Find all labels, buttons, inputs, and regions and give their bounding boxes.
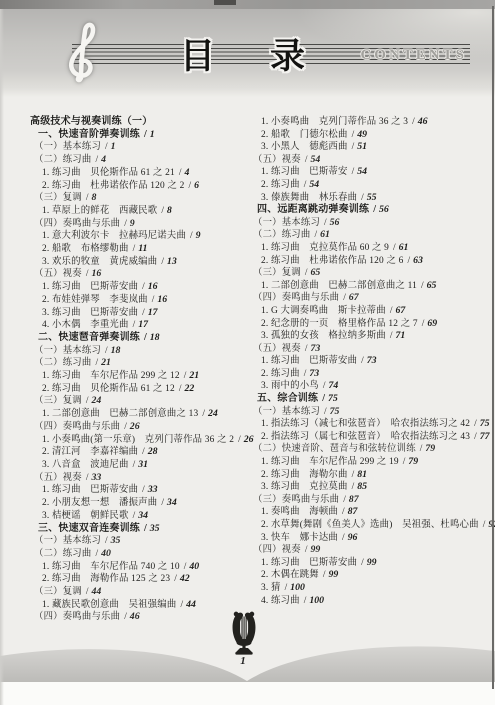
toc-entry: （四）奏鸣曲与乐曲/26: [30, 421, 258, 434]
toc-entry: 3. 快车 娜卡达曲/96: [249, 532, 489, 545]
toc-entry: 2. 练习曲 海勒作品 125 之 23/42: [30, 573, 258, 586]
toc-entry: （四）奏鸣曲与乐曲/46: [30, 611, 258, 624]
toc-entry: （五）视奏/33: [30, 472, 258, 485]
toc-entry: 2. 练习曲/54: [249, 179, 489, 192]
toc-entry: （四）奏鸣曲与乐曲/67: [249, 292, 489, 305]
toc-entry: 1. 练习曲 巴斯蒂安曲/99: [249, 557, 489, 570]
toc-entry: 2. 船歌 布格缪勒曲/11: [30, 243, 258, 256]
toc-entry: 1. 练习曲 车尔尼作品 299 之 19/79: [249, 456, 489, 469]
toc-entry: （一）基本练习/18: [30, 345, 258, 358]
page-edge-line: [492, 6, 494, 689]
toc-entry: 3. 练习曲 巴斯蒂安曲/17: [30, 307, 258, 320]
toc-entry: 3. 练习曲 克拉莫曲/85: [249, 481, 489, 494]
toc-entry: 2. 水草舞(舞剧《鱼美人》选曲) 吴祖强、杜鸣心曲/92: [249, 519, 489, 532]
toc-entry: 2. 木偶在跳舞/99: [249, 569, 489, 582]
toc-entry: 1. 练习曲 巴斯蒂安曲/73: [249, 355, 489, 368]
toc-entry: 1. 藏族民歌创意曲 吴祖强编曲/44: [30, 599, 258, 612]
toc-entry: 2. 练习曲 贝伦斯作品 61 之 12/22: [30, 383, 258, 396]
toc-entry: （一）基本练习/56: [249, 217, 489, 230]
toc-entry: （三）复调/8: [30, 192, 258, 205]
toc-entry: 1. 练习曲 巴斯蒂安曲/33: [30, 484, 258, 497]
toc-entry: 1. 指法练习（减七和弦琶音） 哈农指法练习之 42/75: [249, 418, 489, 431]
toc-entry: 1. 意大利波尔卡 拉赫玛尼诺夫曲/9: [30, 230, 258, 243]
toc-entry: （四）视奏/99: [249, 544, 489, 557]
toc-entry: （五）视奏/73: [249, 343, 489, 356]
toc-entry: 1. 二部创意曲 巴赫二部创意曲之 11/65: [249, 280, 489, 293]
toc-entry: 4. 练习曲/100: [249, 595, 489, 608]
toc-entry: 2. 指法练习（属七和弦琶音） 哈农指法练习之 43/77: [249, 431, 489, 444]
page-number: 1: [0, 655, 486, 667]
toc-entry: 四、远距离跳动弹奏训练/56: [249, 204, 489, 217]
toc-entry: 1. 练习曲 车尔尼作品 740 之 10/40: [30, 561, 258, 574]
toc-entry: 高级技术与视奏训练（一）: [30, 116, 258, 129]
toc-entry: 2. 练习曲 杜弗诺依作品 120 之 2/6: [30, 180, 258, 193]
scan-artifact: [214, 0, 236, 5]
toc-entry: 2. 练习曲 杜弗诺依作品 120 之 6/63: [249, 255, 489, 268]
toc-entry: （二）练习曲/21: [30, 357, 258, 370]
toc-entry: 1. 草原上的鲜花 西藏民歌/8: [30, 205, 258, 218]
toc-entry: （二）快速音阶、琶音与和弦转位训练/79: [249, 443, 489, 456]
toc-entry: 2. 小朋友想一想 潘振声曲/34: [30, 497, 258, 510]
toc-entry: 1. 练习曲 车尔尼作品 299 之 12/21: [30, 370, 258, 383]
toc-entry: （二）练习曲/40: [30, 548, 258, 561]
toc-entry: 2. 纪念册的一页 格里格作品 12 之 7/69: [249, 318, 489, 331]
toc-entry: 3. 欢乐的牧童 黄虎威编曲/13: [30, 256, 258, 269]
toc-entry: 1. 练习曲 巴斯蒂安曲/16: [30, 281, 258, 294]
toc-entry: 3. 小黑人 德彪西曲/51: [249, 141, 489, 154]
toc-entry: 3. 傣族舞曲 林乐春曲/55: [249, 192, 489, 205]
toc-entry: （三）奏鸣曲与乐曲/87: [249, 494, 489, 507]
scan-left-edge: [0, 9, 4, 705]
toc-entry: 二、快速琶音弹奏训练/18: [30, 332, 258, 345]
toc-entry: 1. G 大调奏鸣曲 斯卡拉蒂曲/67: [249, 305, 489, 318]
toc-entry: （三）复调/65: [249, 267, 489, 280]
toc-entry: 1. 练习曲 巴斯蒂安/54: [249, 166, 489, 179]
toc-entry: 1. 练习曲 贝伦斯作品 61 之 21/4: [30, 167, 258, 180]
toc-entry: 五、综合训练/75: [249, 393, 489, 406]
toc-entry: 2. 清江河 李嘉祥编曲/28: [30, 446, 258, 459]
toc-entry: 1. 奏鸣曲 海顿曲/87: [249, 506, 489, 519]
toc-entry: （五）视奏/54: [249, 154, 489, 167]
toc-entry: （一）基本练习/1: [30, 141, 258, 154]
toc-entry: 3. 孤独的女孩 格拉纳多斯曲/71: [249, 330, 489, 343]
toc-column-right: 1. 小奏鸣曲 克列门蒂作品 36 之 3/462. 船歌 门德尔松曲/493.…: [249, 116, 489, 607]
toc-entry: 1. 练习曲 克拉莫作品 60 之 9/61: [249, 242, 489, 255]
scanned-book-page: 目 录 CONTENTS 高级技术与视奏训练（一）一、快速音阶弹奏训练/1（一）…: [0, 0, 495, 705]
toc-entry: 3. 八音盒 波迪尼曲/31: [30, 459, 258, 472]
toc-entry: 3. 猜/100: [249, 582, 489, 595]
toc-entry: 三、快速双音连奏训练/35: [30, 523, 258, 536]
toc-entry: 2. 布娃娃弹琴 李斐岚曲/16: [30, 294, 258, 307]
toc-entry: 1. 小奏鸣曲 克列门蒂作品 36 之 3/46: [249, 116, 489, 129]
scan-bottom-background: [0, 682, 495, 705]
toc-entry: （一）基本练习/35: [30, 535, 258, 548]
toc-entry: （二）练习曲/4: [30, 154, 258, 167]
toc-entry: 2. 船歌 门德尔松曲/49: [249, 129, 489, 142]
toc-entry: 3. 雨中的小鸟/74: [249, 380, 489, 393]
toc-entry: （三）复调/24: [30, 395, 258, 408]
scan-top-edge: [0, 0, 495, 9]
toc-entry: （五）视奏/16: [30, 268, 258, 281]
toc-entry: 一、快速音阶弹奏训练/1: [30, 129, 258, 142]
toc-entry: （一）基本练习/75: [249, 406, 489, 419]
toc-entry: 4. 小木偶 李重光曲/17: [30, 319, 258, 332]
toc-entry: 2. 练习曲/73: [249, 368, 489, 381]
toc-entry: （二）练习曲/61: [249, 229, 489, 242]
toc-entry: 2. 练习曲 海勒尔曲/81: [249, 469, 489, 482]
toc-entry: 1. 小奏鸣曲(第一乐章) 克列门蒂作品 36 之 2/26: [30, 434, 258, 447]
toc-column-left: 高级技术与视奏训练（一）一、快速音阶弹奏训练/1（一）基本练习/1（二）练习曲/…: [30, 116, 258, 624]
toc-entry: （三）复调/44: [30, 586, 258, 599]
contents-label: CONTENTS: [360, 47, 467, 64]
toc-entry: 1. 二部创意曲 巴赫二部创意曲之 13/24: [30, 408, 258, 421]
toc-entry: 3. 桔梗谣 朝鲜民歌/34: [30, 510, 258, 523]
toc-entry: （四）奏鸣曲与乐曲/9: [30, 218, 258, 231]
